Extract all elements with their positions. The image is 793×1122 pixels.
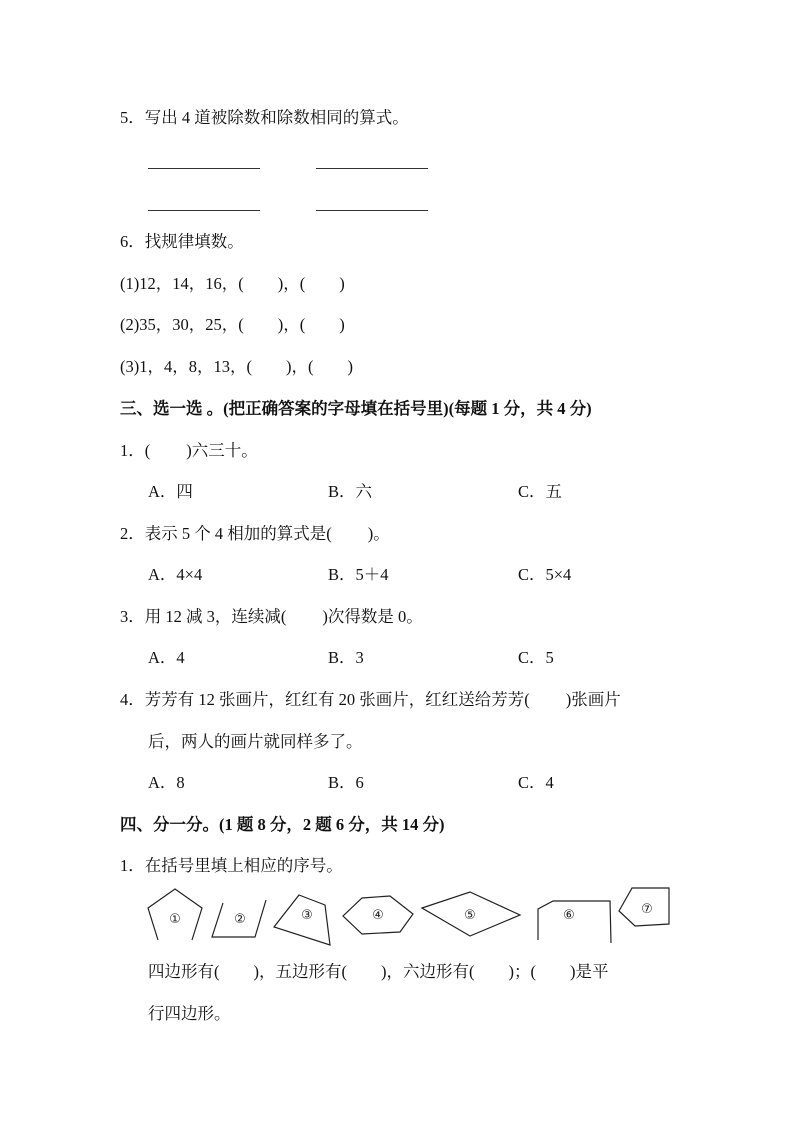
- classify-answer-line-2: 行四边形。: [148, 1004, 231, 1024]
- shape-label: ⑦: [641, 902, 653, 917]
- answer-text: )是平: [570, 962, 609, 981]
- option-b: B．六: [328, 482, 372, 502]
- answer-text: 四边形有(: [148, 962, 220, 981]
- option-a: A．8: [148, 773, 185, 793]
- question-5-text: 5．写出 4 道被除数和除数相同的算式。: [120, 108, 409, 128]
- sequence-text: )，(: [286, 357, 314, 376]
- question-6-title: 6．找规律填数。: [120, 232, 244, 252]
- question-stem: )六三十。: [186, 441, 258, 460]
- section-4-heading: 四、分一分。(1 题 8 分，2 题 6 分，共 14 分): [120, 815, 445, 835]
- question-stem: 2．表示 5 个 4 相加的算式是(: [120, 524, 332, 543]
- question-stem-continued: 后，两人的画片就同样多了。: [148, 732, 363, 752]
- sequence-text: (2)35，30，25，(: [120, 315, 244, 334]
- shape-label: ④: [372, 908, 384, 923]
- sequence-item-2: (2)35，30，25，()，(): [120, 315, 345, 335]
- answer-text: )，六边形有(: [381, 962, 475, 981]
- option-b: B．5＋4: [328, 565, 389, 585]
- shapes-figure: ① ② ③ ④ ⑤ ⑥ ⑦: [140, 880, 680, 950]
- sequence-text: )，(: [278, 315, 306, 334]
- sequence-text: )，(: [278, 274, 306, 293]
- classify-question-1: 1．在括号里填上相应的序号。: [120, 856, 343, 876]
- question-stem: 3．用 12 减 3，连续减(: [120, 607, 286, 626]
- option-c: C．五: [518, 482, 562, 502]
- question-stem: 1．(: [120, 441, 150, 460]
- shape-label: ⑤: [464, 908, 476, 923]
- answer-blank-line[interactable]: [316, 210, 428, 211]
- sequence-text: ): [347, 357, 353, 376]
- sequence-text: (1)12，14，16，(: [120, 274, 244, 293]
- sequence-text: ): [339, 315, 345, 334]
- question-stem: )。: [368, 524, 390, 543]
- option-a: A．4: [148, 648, 185, 668]
- answer-text: )；(: [509, 962, 537, 981]
- shape-label: ②: [234, 912, 246, 927]
- choice-question-4: 4．芳芳有 12 张画片，红红有 20 张画片，红红送给芳芳()张画片: [120, 690, 621, 710]
- shape-label: ⑥: [563, 908, 575, 923]
- question-stem: 4．芳芳有 12 张画片，红红有 20 张画片，红红送给芳芳(: [120, 690, 530, 709]
- sequence-item-3: (3)1，4，8，13，()，(): [120, 357, 353, 377]
- answer-blank-line[interactable]: [316, 168, 428, 169]
- option-c: C．4: [518, 773, 554, 793]
- section-3-heading: 三、选一选 。(把正确答案的字母填在括号里)(每题 1 分，共 4 分): [120, 399, 592, 419]
- choice-question-3: 3．用 12 减 3，连续减()次得数是 0。: [120, 607, 423, 627]
- option-b: B．3: [328, 648, 364, 668]
- shape-label: ③: [301, 908, 313, 923]
- option-a: A．4×4: [148, 565, 202, 585]
- sequence-item-1: (1)12，14，16，()，(): [120, 274, 345, 294]
- choice-question-1: 1．()六三十。: [120, 441, 258, 461]
- question-stem: )次得数是 0。: [322, 607, 422, 626]
- option-a: A．四: [148, 482, 193, 502]
- sequence-text: (3)1，4，8，13，(: [120, 357, 252, 376]
- answer-blank-line[interactable]: [148, 210, 260, 211]
- option-b: B．6: [328, 773, 364, 793]
- shape-label: ①: [169, 912, 181, 927]
- answer-blank-line[interactable]: [148, 168, 260, 169]
- choice-question-2: 2．表示 5 个 4 相加的算式是()。: [120, 524, 390, 544]
- sequence-text: ): [339, 274, 345, 293]
- classify-answer-line-1: 四边形有()，五边形有()，六边形有()；()是平: [148, 962, 609, 982]
- option-c: C．5×4: [518, 565, 571, 585]
- question-stem: )张画片: [566, 690, 621, 709]
- option-c: C．5: [518, 648, 554, 668]
- answer-text: )，五边形有(: [254, 962, 348, 981]
